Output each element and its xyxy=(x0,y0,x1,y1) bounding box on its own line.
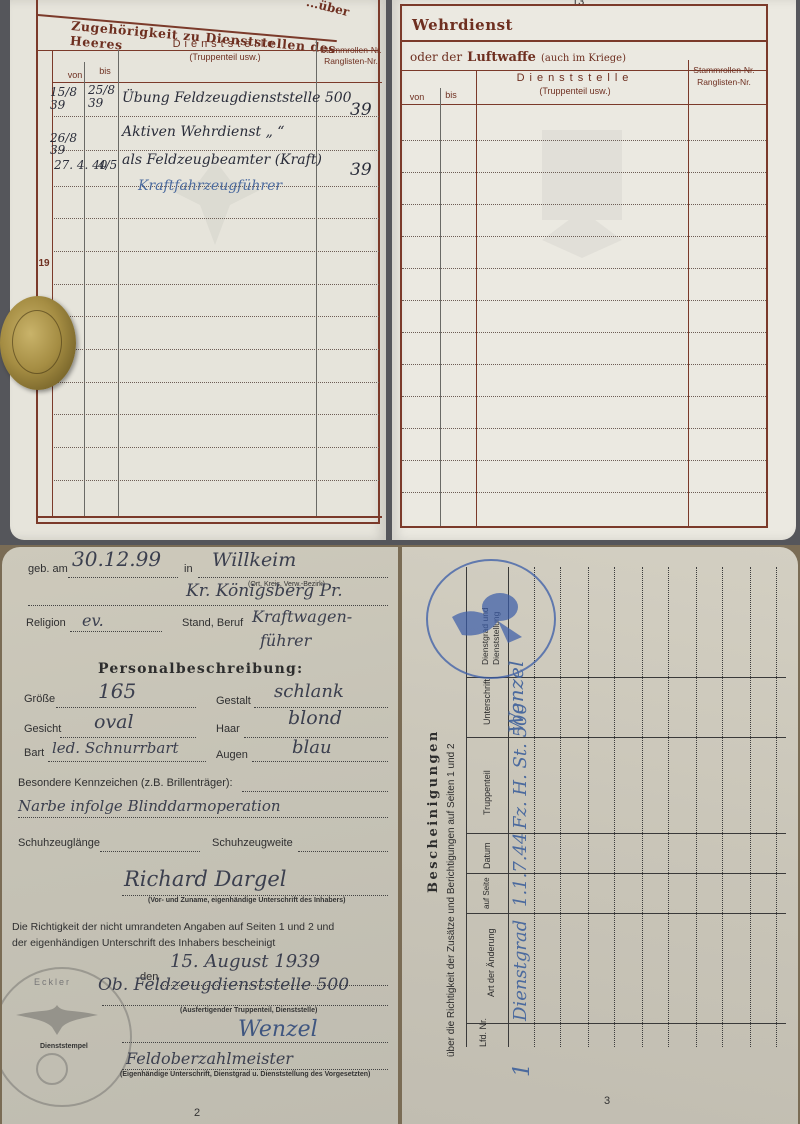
leader xyxy=(48,761,206,762)
page-personal-description: geb. am 30.12.99 in Willkeim (Ort, Kreis… xyxy=(2,547,398,1124)
column-art: Art der Änderung xyxy=(486,928,496,997)
gestalt-value: schlank xyxy=(274,681,344,702)
column-von: von xyxy=(402,92,432,102)
leader xyxy=(298,851,388,852)
bescheinigungen-subtitle: über die Richtigkeit der Zusätze und Ber… xyxy=(446,743,457,1057)
leader xyxy=(56,707,196,708)
leader xyxy=(60,737,196,738)
entry-1-von: 15/8 39 xyxy=(50,86,76,112)
column-rule xyxy=(476,70,477,526)
coin xyxy=(0,296,76,390)
column-ranglisten: Ranglisten-Nr. xyxy=(316,57,386,67)
unit-caption: (Ausfertigender Truppenteil, Dienststell… xyxy=(180,1007,317,1014)
stand-beruf-value-2: führer xyxy=(260,631,311,650)
row-line xyxy=(54,116,379,117)
row-line xyxy=(402,428,766,429)
column-auf-seite: auf Seite xyxy=(482,877,491,909)
kennzeichen-value: Narbe infolge Blinddarmoperation xyxy=(18,797,281,815)
leader xyxy=(198,577,388,578)
leader xyxy=(28,605,388,606)
leader xyxy=(122,1042,388,1043)
column-dienststelle: Dienststelle xyxy=(130,38,320,51)
column-stammrollen: Stammrollen-Nr. xyxy=(316,46,386,56)
wehrdienst-title: Wehrdienst xyxy=(412,16,513,34)
personalbeschreibung-title: Personalbeschreibung: xyxy=(98,661,303,677)
column-divider xyxy=(466,1023,786,1024)
entry-3-bis: 4/5 xyxy=(98,158,117,172)
bart-value: led. Schnurrbart xyxy=(52,739,179,757)
luftwaffe-subtitle: oder der Luftwaffe (auch im Kriege) xyxy=(410,46,626,65)
row-line xyxy=(722,567,723,1047)
row-line xyxy=(642,567,643,1047)
entry-2-dienststelle: Aktiven Wehrdienst „ “ xyxy=(122,124,284,140)
leader xyxy=(122,1069,388,1070)
row-line xyxy=(402,300,766,301)
in-label: in xyxy=(184,563,193,575)
leader xyxy=(100,851,200,852)
stand-beruf-label: Stand, Beruf xyxy=(182,617,243,629)
column-dienststelle-sub: (Truppenteil usw.) xyxy=(130,52,320,62)
geb-am-value: 30.12.99 xyxy=(72,547,161,571)
signature-caption: (Vor- und Zuname, eigenhändige Unterschr… xyxy=(148,897,345,904)
row-line xyxy=(750,567,751,1047)
row-line xyxy=(54,349,379,350)
page-number: 2 xyxy=(194,1107,200,1119)
page-bescheinigungen: Bescheinigungen über die Richtigkeit der… xyxy=(402,547,798,1124)
title-rule xyxy=(400,40,768,42)
stand-beruf-value-1: Kraftwagen- xyxy=(252,607,352,626)
leader xyxy=(70,631,162,632)
leader xyxy=(102,1005,388,1006)
in-value: Willkeim xyxy=(212,549,296,571)
swastika-emblem xyxy=(36,1053,68,1085)
row-line xyxy=(560,567,561,1047)
column-rule xyxy=(52,50,53,518)
entry-4-dienststelle: Kraftfahrzeugführer xyxy=(138,178,282,194)
entry-art: Dienstgrad xyxy=(510,920,531,1021)
kreis-value: Kr. Königsberg Pr. xyxy=(186,581,343,601)
column-truppenteil: Truppenteil xyxy=(482,770,492,815)
bescheinigungen-title: Bescheinigungen xyxy=(426,729,441,893)
holder-signature: Richard Dargel xyxy=(124,867,286,891)
row-line xyxy=(696,567,697,1047)
row-line xyxy=(54,251,379,252)
leader xyxy=(68,577,178,578)
row-line xyxy=(54,480,379,481)
row-line xyxy=(402,460,766,461)
eagle-watermark-icon xyxy=(522,120,642,260)
haar-value: blond xyxy=(288,707,342,729)
row-line xyxy=(54,284,379,285)
groesse-value: 165 xyxy=(98,679,136,703)
page-number: 3 xyxy=(604,1095,610,1107)
officer-signature: Wenzel xyxy=(238,1017,318,1042)
unit-value: Ob. Feldzeugdienststelle 500 xyxy=(98,975,349,995)
schuhlaenge-label: Schuhzeuglänge xyxy=(18,837,100,849)
stamp-label: Dienststempel xyxy=(40,1043,88,1050)
entry-1-dienststelle: Übung Feldzeugdienststelle 500 xyxy=(122,90,352,106)
leader xyxy=(122,895,388,896)
entry-datum: 1.1.7.44 xyxy=(510,833,531,907)
religion-value: ev. xyxy=(82,611,104,630)
row-line xyxy=(614,567,615,1047)
religion-label: Religion xyxy=(26,617,66,629)
entry-unterschrift: Wenzel xyxy=(504,661,528,733)
certify-line-2: der eigenhändigen Unterschrift des Inhab… xyxy=(12,937,275,949)
column-unterschrift: Unterschrift xyxy=(482,679,492,725)
certify-line-1: Die Richtigkeit der nicht umrandeten Ang… xyxy=(12,921,334,933)
row-line xyxy=(776,567,777,1047)
header-bottom-rule xyxy=(400,104,768,105)
row-line xyxy=(588,567,589,1047)
column-dienststelle: Dienststelle xyxy=(470,72,680,85)
officer-rank: Feldoberzahlmeister xyxy=(126,1049,293,1068)
gesicht-value: oval xyxy=(94,711,134,733)
side-number: 19 xyxy=(36,258,52,270)
row-line xyxy=(54,447,379,448)
date-value: 15. August 1939 xyxy=(170,951,320,972)
column-bis: bis xyxy=(90,66,120,76)
column-ranglisten: Ranglisten-Nr. xyxy=(684,78,764,88)
column-dienststelle-sub: (Truppenteil usw.) xyxy=(470,86,680,96)
row-line xyxy=(54,316,379,317)
entry-lfd-nr: 1 xyxy=(510,1063,535,1077)
entry-3-dienststelle: als Feldzeugbeamter (Kraft) xyxy=(122,152,322,168)
gestalt-label: Gestalt xyxy=(216,695,251,707)
haar-label: Haar xyxy=(216,723,240,735)
column-stammrollen: Stammrollen-Nr. xyxy=(684,66,764,76)
entry-1-nr: 39 xyxy=(350,100,372,120)
column-lfd-nr: Lfd. Nr. xyxy=(478,1018,488,1047)
eagle-stamp-icon xyxy=(12,997,102,1037)
row-line xyxy=(402,396,766,397)
page-wehrdienst: 13 Wehrdienst oder der Luftwaffe (auch i… xyxy=(392,0,796,540)
bart-label: Bart xyxy=(24,747,44,759)
officer-caption: (Eigenhändige Unterschrift, Dienstgrad u… xyxy=(120,1071,370,1078)
groesse-label: Größe xyxy=(24,693,55,705)
column-datum: Datum xyxy=(482,842,492,869)
row-line xyxy=(668,567,669,1047)
column-rule xyxy=(688,60,689,526)
row-line xyxy=(54,414,379,415)
augen-value: blau xyxy=(292,737,332,758)
leader xyxy=(18,817,388,818)
entry-3-nr: 39 xyxy=(350,160,372,180)
kennzeichen-label: Besondere Kennzeichen (z.B. Brillenträge… xyxy=(18,777,233,789)
entry-1-bis: 25/8 39 xyxy=(88,84,116,110)
augen-label: Augen xyxy=(216,749,248,761)
eagle-stamp-icon xyxy=(442,577,532,657)
bottom-booklet-spread: geb. am 30.12.99 in Willkeim (Ort, Kreis… xyxy=(0,545,800,1124)
frame-bottom xyxy=(36,516,382,518)
row-line xyxy=(402,332,766,333)
geb-am-label: geb. am xyxy=(28,563,68,575)
column-rule xyxy=(84,62,85,518)
row-line xyxy=(402,364,766,365)
stamp-text: Eckler xyxy=(34,977,71,987)
leader xyxy=(252,761,388,762)
page-heeres-service: ...über Zugehörigkeit zu Dienststellen d… xyxy=(10,0,386,540)
row-line xyxy=(402,492,766,493)
gesicht-label: Gesicht xyxy=(24,723,61,735)
entry-2-von: 26/8 39 xyxy=(50,132,88,156)
column-von: von xyxy=(60,70,90,80)
row-line xyxy=(402,268,766,269)
column-divider xyxy=(466,913,786,914)
schuhweite-label: Schuhzeugweite xyxy=(212,837,293,849)
row-line xyxy=(54,382,379,383)
leader xyxy=(242,791,388,792)
top-booklet-spread: ...über Zugehörigkeit zu Dienststellen d… xyxy=(0,0,800,545)
